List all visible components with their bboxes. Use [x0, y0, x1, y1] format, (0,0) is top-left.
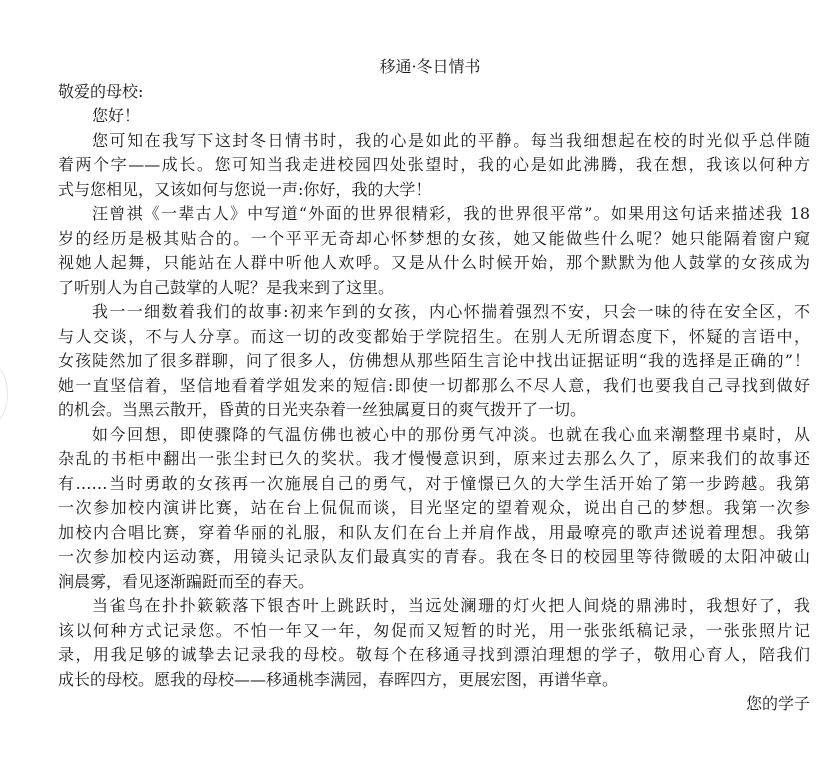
paragraph-line: 我一一细数着我们的故事:初来乍到的女孩，内心怀揣着强烈不安，只会一味的待在安全区…: [58, 300, 810, 325]
offscreen-circle-widget: [0, 362, 8, 426]
paragraph-line: 有……当时勇敢的女孩再一次施展自己的勇气，对于憧憬已久的大学生活开始了第一步跨越…: [58, 472, 810, 497]
paragraph-line: 成长的母校。愿我的母校——移通桃李满园，春晖四方，更展宏图，再谱华章。: [58, 668, 810, 693]
paragraph-line: 汪曾祺《一辈古人》中写道“外面的世界很精彩，我的世界很平常”。如果用这句话来描述…: [58, 202, 810, 227]
paragraph-line: 如今回想，即使骤降的气温仿佛也被心中的那份勇气冲淡。也就在我心血来潮整理书桌时，…: [58, 423, 810, 448]
paragraph-5: 当雀鸟在扑扑簌簌落下银杏叶上跳跃时，当远处澜珊的灯火把人间烧的鼎沸时，我想好了，…: [58, 594, 810, 692]
letter-document: 移通·冬日情书 敬爱的母校: 您好！ 您可知在我写下这封冬日情书时，我的心是如此…: [58, 55, 810, 717]
signature: 您的学子: [58, 692, 810, 717]
paragraph-line: 录，用我足够的诚挚去记录我的母校。敬每个在移通寻找到漂泊理想的学子，敬用心育人，…: [58, 643, 810, 668]
paragraph-line: 当雀鸟在扑扑簌簌落下银杏叶上跳跃时，当远处澜珊的灯火把人间烧的鼎沸时，我想好了，…: [58, 594, 810, 619]
paragraph-line: 一次参加校内演讲比赛，站在台上侃侃而谈，目光坚定的望着观众，说出自己的梦想。我第…: [58, 496, 810, 521]
paragraph-line: 女孩陡然加了很多群聊，问了很多人，仿佛想从那些陌生言论中找出证据证明“我的选择是…: [58, 349, 810, 374]
document-title: 移通·冬日情书: [58, 55, 802, 80]
paragraph-2: 汪曾祺《一辈古人》中写道“外面的世界很精彩，我的世界很平常”。如果用这句话来描述…: [58, 202, 810, 300]
paragraph-line: 与人交谈，不与人分享。而这一切的改变都始于学院招生。在别人无所谓态度下，怀疑的言…: [58, 325, 810, 350]
greeting: 您好！: [58, 104, 810, 129]
paragraph-line: 一次参加校内运动赛，用镜头记录队友们最真实的青春。我在冬日的校园里等待微暖的太阳…: [58, 545, 810, 570]
paragraph-line: 她一直坚信着，坚信地看着学姐发来的短信:即使一切都那么不尽人意，我们也要我自己寻…: [58, 374, 810, 399]
paragraph-line: 了听别人为自己鼓掌的人呢？是我来到了这里。: [58, 276, 810, 301]
paragraph-line: 视她人起舞，只能站在人群中听他人欢呼。又是从什么时候开始，那个默默为他人鼓掌的女…: [58, 251, 810, 276]
paragraph-line: 该以何种方式记录您。不怕一年又一年，匆促而又短暂的时光，用一张张纸稿记录，一张张…: [58, 619, 810, 644]
paragraph-3: 我一一细数着我们的故事:初来乍到的女孩，内心怀揣着强烈不安，只会一味的待在安全区…: [58, 300, 810, 423]
paragraph-line: 涧晨雾，看见逐渐蹁跹而至的春天。: [58, 570, 810, 595]
paragraph-1: 您可知在我写下这封冬日情书时，我的心是如此的平静。每当我细想起在校的时光似乎总伴…: [58, 129, 810, 203]
paragraph-line: 加校内合唱比赛，穿着华丽的礼服，和队友们在台上并肩作战，用最嘹亮的歌声述说着理想…: [58, 521, 810, 546]
paragraph-4: 如今回想，即使骤降的气温仿佛也被心中的那份勇气冲淡。也就在我心血来潮整理书桌时，…: [58, 423, 810, 595]
paragraph-line: 岁的经历是极其贴合的。一个平平无奇却心怀梦想的女孩，她又能做些什么呢？她只能隔着…: [58, 227, 810, 252]
salutation: 敬爱的母校:: [58, 80, 810, 105]
paragraph-line: 杂乱的书柜中翻出一张尘封已久的奖状。我才慢慢意识到，原来过去那么久了，原来我们的…: [58, 447, 810, 472]
paragraph-line: 的机会。当黑云散开，昏黄的日光夹杂着一丝独属夏日的爽气拨开了一切。: [58, 398, 810, 423]
paragraph-line: 式与您相见，又该如何与您说一声:你好，我的大学！: [58, 178, 810, 203]
paragraph-line: 着两个字——成长。您可知当我走进校园四处张望时，我的心是如此沸腾，我在想，我该以…: [58, 153, 810, 178]
paragraph-line: 您可知在我写下这封冬日情书时，我的心是如此的平静。每当我细想起在校的时光似乎总伴…: [58, 129, 810, 154]
